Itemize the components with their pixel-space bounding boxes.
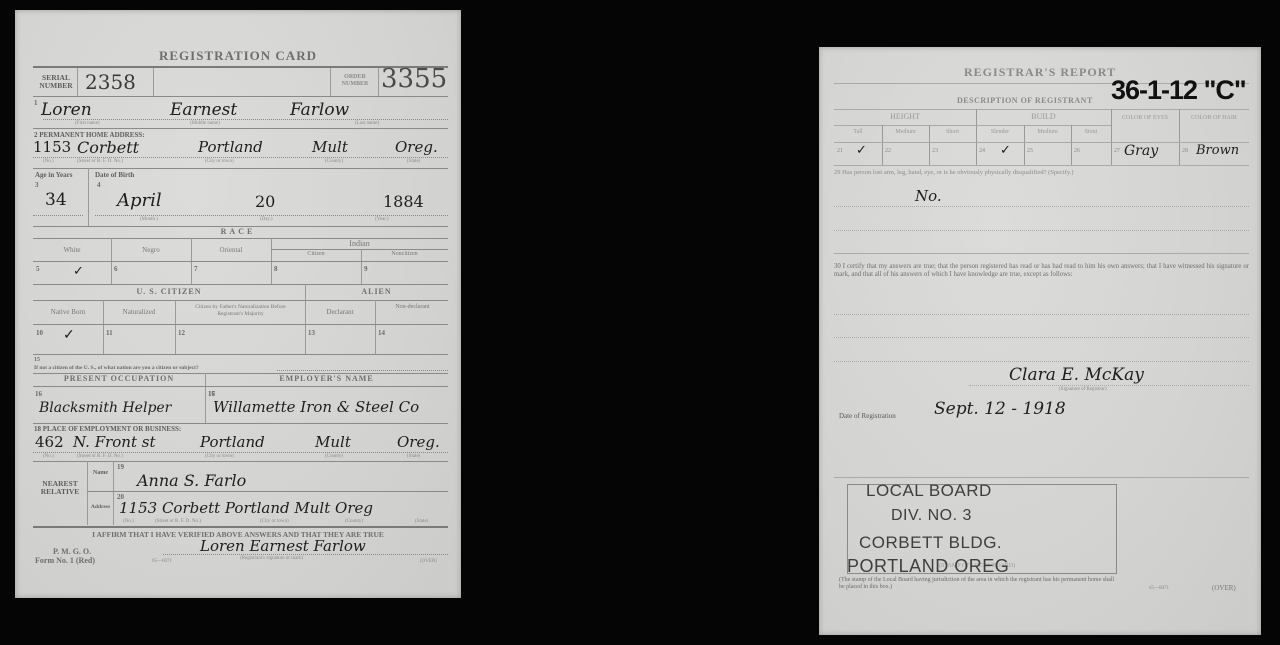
eyes-label: COLOR OF EYES <box>1111 115 1179 122</box>
form-label-number: Form No. 1 (Red) <box>35 556 95 565</box>
hair-color-value: Brown <box>1196 143 1239 158</box>
employment-county: Mult <box>315 433 351 451</box>
race-column-negro: Negro <box>111 246 191 254</box>
form-label-pmgo: P. M. G. O. <box>53 547 91 556</box>
field-number: 27 <box>1114 148 1120 154</box>
field-number: 4 <box>97 181 101 189</box>
alien-title: ALIEN <box>305 287 448 296</box>
field-number: 10 <box>36 329 43 337</box>
print-code: 65—6071 <box>1149 586 1169 591</box>
citizenship-table: U. S. CITIZEN ALIEN Native Born Naturali… <box>33 284 448 354</box>
serial-order-row: SERIAL NUMBER 2358 ORDER NUMBER 3355 <box>33 68 448 96</box>
hair-label: COLOR OF HAIR <box>1179 115 1249 122</box>
build-medium: Medium <box>1024 129 1071 135</box>
dob-day: 20 <box>255 192 275 211</box>
employer-label: EMPLOYER'S NAME <box>205 374 448 383</box>
classification-stamp: 36-1-12 "C" <box>1111 75 1246 106</box>
caption: (City or town) <box>205 159 234 164</box>
stamp-line-building: CORBETT BLDG. <box>859 533 1002 553</box>
alien-column-declarant: Declarant <box>305 308 375 316</box>
field-number: 24 <box>979 148 985 154</box>
employer-value: Willamette Iron & Steel Co <box>213 398 419 416</box>
field-number: 19 <box>117 463 124 471</box>
caption: (State) <box>407 454 420 459</box>
over-label: (OVER) <box>1212 584 1236 592</box>
print-code: 65—6071 <box>152 559 172 564</box>
race-column-indian-citizen: Citizen <box>271 251 361 257</box>
caption: (City or town) <box>260 519 289 524</box>
home-address-county: Mult <box>312 138 348 156</box>
field-number: 7 <box>194 265 198 273</box>
employment-street: N. Front st <box>73 433 156 451</box>
field-number: 28 <box>1182 148 1188 154</box>
field-number: 17 <box>208 390 215 398</box>
field-number: 6 <box>114 265 118 273</box>
registration-date-value: Sept. 12 - 1918 <box>934 399 1066 419</box>
caption: (County) <box>345 519 363 524</box>
caption: (State) <box>407 159 420 164</box>
citizen-column-father-naturalization: Citizen by Father's Naturalization Befor… <box>183 304 298 317</box>
relative-address-value: 1153 Corbett Portland Mult Oreg <box>119 499 373 517</box>
height-tall-checkmark: ✓ <box>856 143 867 158</box>
race-column-indian-noncitizen: Noncitizen <box>361 251 448 257</box>
caption: (Last name) <box>355 121 379 126</box>
caption: (First name) <box>75 121 100 126</box>
field-number: 25 <box>1027 148 1033 154</box>
field-number: 3 <box>35 181 39 189</box>
caption: (Registrant's signature or mark) <box>240 556 303 561</box>
build-label: BUILD <box>976 112 1111 121</box>
us-citizen-title: U. S. CITIZEN <box>33 287 305 296</box>
registrant-first-name: Loren <box>41 100 92 120</box>
caption: (Middle name) <box>190 121 220 126</box>
stamp-line-local-board: LOCAL BOARD <box>866 481 992 501</box>
native-born-checkmark: ✓ <box>63 327 75 343</box>
stamp-line-city: PORTLAND OREG <box>847 556 1009 577</box>
field-number: 21 <box>837 148 843 154</box>
field-number: 9 <box>364 265 368 273</box>
caption: (County) <box>325 454 343 459</box>
registrant-signature: Loren Earnest Farlow <box>200 537 366 555</box>
height-medium: Medium <box>882 129 929 135</box>
serial-number-value: 2358 <box>85 70 136 94</box>
field-number: 8 <box>274 265 278 273</box>
caption: (No.) <box>123 519 134 524</box>
height-short: Short <box>929 129 976 135</box>
registration-card-front: REGISTRATION CARD SERIAL NUMBER 2358 ORD… <box>15 10 461 598</box>
age-label: Age in Years <box>35 171 72 179</box>
caption: (State) <box>415 519 428 524</box>
q29-answer: No. <box>915 187 942 205</box>
dob-month: April <box>117 190 162 211</box>
race-column-indian: Indian <box>271 239 448 248</box>
dob-label: Date of Birth <box>95 171 134 179</box>
home-address-state: Oreg. <box>395 138 438 156</box>
stamp-instructions: (The stamp of the Local Board having jur… <box>839 577 1119 591</box>
race-column-white: White <box>33 246 111 254</box>
field-number: 22 <box>885 148 891 154</box>
order-number-value: 3355 <box>381 64 447 94</box>
field-number: 12 <box>178 329 185 337</box>
race-column-oriental: Oriental <box>191 246 271 254</box>
registration-date-label: Date of Registration <box>839 412 896 420</box>
caption: (Year.) <box>375 217 389 222</box>
registrant-last-name: Farlow <box>290 100 349 120</box>
field-number: 15 <box>34 357 40 363</box>
height-tall: Tall <box>834 129 882 135</box>
caption: (Signature of Registrar) <box>1059 387 1107 392</box>
dob-year: 1884 <box>383 192 424 211</box>
build-stout: Stout <box>1071 129 1111 135</box>
caption: (County) <box>325 159 343 164</box>
height-label: HEIGHT <box>834 112 976 121</box>
caption: (Street or R. F. D. No.) <box>155 519 201 524</box>
field-number: 23 <box>932 148 938 154</box>
home-address-city: Portland <box>198 138 263 156</box>
order-number-label: ORDER NUMBER <box>333 74 377 88</box>
registrant-middle-name: Earnest <box>170 100 237 120</box>
home-address-street: Corbett <box>77 138 139 157</box>
caption: (Day.) <box>260 217 273 222</box>
relative-address-label: Address <box>88 504 113 510</box>
field-number: 1 <box>34 99 38 107</box>
field-number: 16 <box>35 390 42 398</box>
caption: (Street or R. F. D. No.) <box>77 454 123 459</box>
employment-number: 462 <box>35 433 64 451</box>
caption: (No.) <box>43 454 54 459</box>
registrar-signature: Clara E. McKay <box>1009 365 1144 385</box>
description-table: HEIGHT BUILD COLOR OF EYES COLOR OF HAIR… <box>834 109 1249 165</box>
registrars-report-back: REGISTRAR'S REPORT DESCRIPTION OF REGIST… <box>819 47 1261 635</box>
employment-state: Oreg. <box>397 433 440 451</box>
card-title: REGISTRATION CARD <box>15 48 461 64</box>
place-of-employment-label: 18 PLACE OF EMPLOYMENT OR BUSINESS: <box>34 425 181 433</box>
nearest-relative-label: NEAREST RELATIVE <box>35 480 85 496</box>
home-address-number: 1153 <box>33 138 71 156</box>
race-title: RACE <box>15 227 461 236</box>
relative-name-label: Name <box>88 470 113 476</box>
q15-text: If not a citizen of the U. S., of what n… <box>34 364 199 372</box>
field-number: 11 <box>106 329 113 337</box>
alien-column-non-declarant: Non-declarant <box>385 304 440 311</box>
field-number: 14 <box>378 329 385 337</box>
field-number: 26 <box>1074 148 1080 154</box>
build-slender: Slender <box>976 129 1024 135</box>
field-number: 13 <box>308 329 315 337</box>
relative-name-value: Anna S. Farlo <box>137 471 246 490</box>
occupation-value: Blacksmith Helper <box>39 400 171 416</box>
caption: (Street or R. F. D. No.) <box>77 159 123 164</box>
employment-city: Portland <box>200 433 265 451</box>
race-table: White Negro Oriental Indian Citizen Nonc… <box>33 238 448 284</box>
race-white-checkmark: ✓ <box>73 264 84 279</box>
caption: (Month.) <box>140 217 158 222</box>
q29-text: 29 Has person lost arm, leg, hand, eye, … <box>834 169 1249 177</box>
q30-text: 30 I certify that my answers are true; t… <box>834 263 1249 278</box>
caption: (City or town) <box>205 454 234 459</box>
field-number: 5 <box>36 265 40 273</box>
age-value: 34 <box>45 190 67 210</box>
citizen-column-naturalized: Naturalized <box>103 308 175 316</box>
citizen-column-native-born: Native Born <box>33 308 103 316</box>
stamp-line-division: DIV. NO. 3 <box>891 507 972 525</box>
over-label: (OVER) <box>420 559 437 564</box>
occupation-label: PRESENT OCCUPATION <box>33 374 205 383</box>
description-title: DESCRIPTION OF REGISTRANT <box>957 96 1093 105</box>
serial-number-label: SERIAL NUMBER <box>35 74 77 90</box>
build-slender-checkmark: ✓ <box>1000 143 1011 158</box>
caption: (No.) <box>43 159 54 164</box>
eye-color-value: Gray <box>1124 143 1158 159</box>
